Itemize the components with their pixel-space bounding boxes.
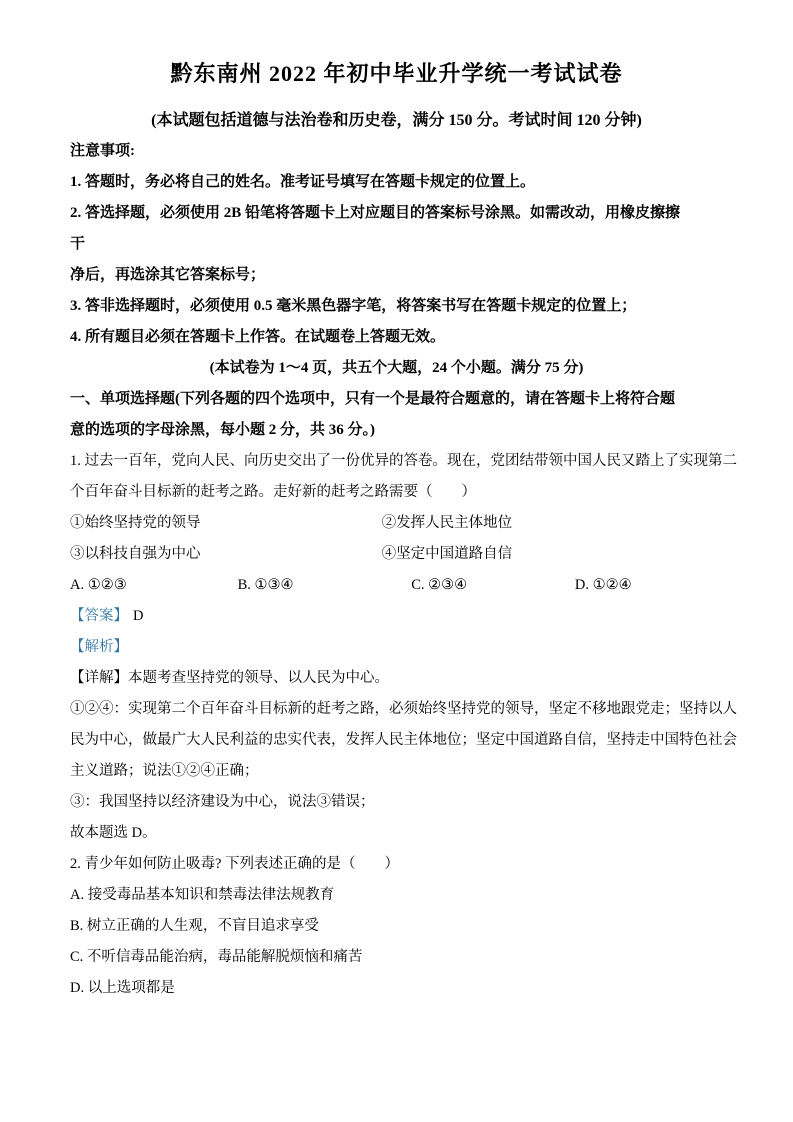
q1-option-b: B. ①③④	[238, 570, 408, 601]
q1-stem-line2: 个百年奋斗目标新的赶考之路。走好新的赶考之路需要（ ）	[70, 477, 723, 508]
q1-explanation-line-1: ①②④：实现第二个百年奋斗目标新的赶考之路，必须始终坚持党的领导，坚定不移地跟党…	[70, 694, 723, 725]
paper-info: (本试卷为 1～4 页，共五个大题，24 个小题。满分 75 分)	[70, 353, 723, 384]
exam-subtitle: (本试题包括道德与法治卷和历史卷，满分 150 分。考试时间 120 分钟)	[70, 105, 723, 136]
q1-numbered-item-3: ③以科技自强为中心	[70, 539, 378, 570]
q1-answer-line: 【答案】D	[70, 601, 723, 632]
q1-numbered-item-2: ②发挥人民主体地位	[382, 515, 513, 531]
q2-option-c: C. 不听信毒品能治病，毒品能解脱烦恼和痛苦	[70, 942, 723, 973]
analysis-label: 【解析】	[70, 639, 128, 655]
exam-document-page: 黔东南州 2022 年初中毕业升学统一考试试卷 (本试题包括道德与法治卷和历史卷…	[0, 0, 793, 1004]
q1-point3-line: ③：我国坚持以经济建设为中心，说法③错误；	[70, 787, 723, 818]
notice-item-4: 4. 所有题目必须在答题卡上作答。在试题卷上答题无效。	[70, 322, 723, 353]
exam-title: 黔东南州 2022 年初中毕业升学统一考试试卷	[70, 56, 723, 92]
q1-numbered-row-2: ③以科技自强为中心 ④坚定中国道路自信	[70, 539, 723, 570]
section-one-heading-line1: 一、单项选择题(下列各题的四个选项中，只有一个是最符合题意的，请在答题卡上将符合…	[70, 384, 723, 415]
notice-item-3: 3. 答非选择题时，必须使用 0.5 毫米黑色器字笔，将答案书写在答题卡规定的位…	[70, 291, 723, 322]
q1-detail-line: 【详解】本题考查坚持党的领导、以人民为中心。	[70, 663, 723, 694]
q1-explanation-line-3: 主义道路；说法①②④正确；	[70, 756, 723, 787]
q1-options-row: A. ①②③ B. ①③④ C. ②③④ D. ①②④	[70, 570, 723, 601]
q1-numbered-row-1: ①始终坚持党的领导 ②发挥人民主体地位	[70, 508, 723, 539]
q1-explanation-line-2: 民为中心，做最广大人民利益的忠实代表，发挥人民主体地位；坚定中国道路自信，坚持走…	[70, 725, 723, 756]
notice-item-2: 2. 答选择题，必须使用 2B 铅笔将答题卡上对应题目的答案标号涂黑。如需改动，…	[70, 198, 723, 229]
q1-numbered-item-4: ④坚定中国道路自信	[382, 546, 513, 562]
q1-analysis-line: 【解析】	[70, 632, 723, 663]
q1-option-c: C. ②③④	[411, 570, 571, 601]
q1-option-d: D. ①②④	[575, 570, 632, 601]
notice-item-2-wrap-2: 净后，再选涂其它答案标号；	[70, 260, 723, 291]
q1-option-a: A. ①②③	[70, 570, 234, 601]
q2-option-b: B. 树立正确的人生观，不盲目追求享受	[70, 911, 723, 942]
q2-option-d: D. 以上选项都是	[70, 973, 723, 1004]
answer-label: 【答案】	[70, 608, 128, 624]
q1-stem-line1: 1. 过去一百年，党向人民、向历史交出了一份优异的答卷。现在，党团结带领中国人民…	[70, 446, 723, 477]
q1-conclusion-line: 故本题选 D。	[70, 818, 723, 849]
notice-item-2-wrap-1: 干	[70, 229, 723, 260]
notice-heading: 注意事项:	[70, 136, 723, 167]
section-one-heading-line2: 意的选项的字母涂黑，每小题 2 分，共 36 分。)	[70, 415, 723, 446]
q2-stem: 2. 青少年如何防止吸毒? 下列表述正确的是（ ）	[70, 849, 723, 880]
q1-numbered-item-1: ①始终坚持党的领导	[70, 508, 378, 539]
q2-option-a: A. 接受毒品基本知识和禁毒法律法规教育	[70, 880, 723, 911]
notice-item-1: 1. 答题时，务必将自己的姓名。准考证号填写在答题卡规定的位置上。	[70, 167, 723, 198]
answer-value: D	[133, 608, 143, 624]
